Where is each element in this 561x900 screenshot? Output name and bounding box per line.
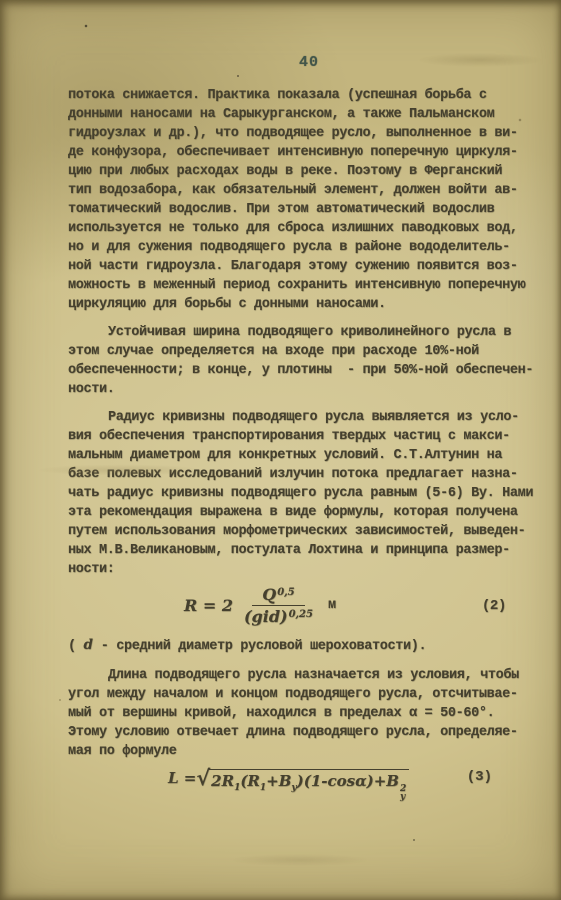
text-line: тип водозабора, как обязательный элемент…: [68, 181, 520, 200]
sub-sup-stack: 2y: [400, 785, 406, 801]
page-number: 40: [299, 54, 319, 71]
text-line: гидроузлах и др.), что подводящее русло,…: [68, 124, 520, 143]
variable-d: d: [84, 637, 93, 653]
text-line: де конфузора, обеспечивает интенсивную п…: [68, 143, 520, 162]
paragraph-4: Длина подводящего русла назначается из у…: [68, 666, 520, 761]
text-line: вия обеспечения транспортирования тверды…: [68, 427, 520, 446]
text-line: эта рекомендация выражена в виде формулы…: [68, 503, 520, 522]
text-line: ных М.В.Великановым, постулата Лохтина и…: [68, 541, 520, 560]
formula-lhs: R = 2: [184, 596, 233, 615]
paragraph-1: потока снижается. Практика показала (усп…: [68, 86, 520, 314]
fraction: Q0,5 (gid)0,25: [240, 585, 317, 626]
text-line: Устойчивая ширина подводящего криволиней…: [68, 323, 520, 342]
text-line: Радиус кривизны подводящего русла выявля…: [68, 408, 520, 427]
text-line: ности.: [68, 380, 520, 399]
text-line: используется не только для сброса излишн…: [68, 219, 520, 238]
equation-number-3: (3): [467, 769, 492, 785]
text-line: цию при любых расходах воды в реке. Поэт…: [68, 162, 520, 181]
equation-number-2: (2): [482, 598, 506, 614]
fraction-denominator: (gid)0,25: [240, 606, 317, 626]
radicand: 2R1(R1+By)(1-cosα)+B2y: [208, 769, 409, 801]
text-line: обеспеченности; в конце, у плотины - при…: [68, 361, 520, 380]
text-line: мальным диаметром для конкретных условий…: [68, 446, 520, 465]
formula-lhs: L =: [168, 769, 196, 787]
paragraph-3: Радиус кривизны подводящего русла выявля…: [68, 408, 520, 579]
formula-channel-length: L = √2R1(R1+By)(1-cosα)+B2y (3): [68, 769, 520, 801]
formula-radius-of-curvature: R = 2 Q0,5 (gid)0,25 м (2): [68, 585, 520, 626]
page-text: потока снижается. Практика показала (усп…: [68, 86, 520, 801]
text-line: ности:: [68, 560, 520, 579]
text-line: потока снижается. Практика показала (усп…: [68, 86, 520, 105]
formula-note: ( d - средний диаметр русловой шероховат…: [68, 636, 520, 656]
text-line: базе полевых исследований излучин потока…: [68, 465, 520, 484]
text-line: донными наносами на Сарыкурганском, а та…: [68, 105, 520, 124]
text-line: но и для сужения подводящего русла в рай…: [68, 238, 520, 257]
text-line: можность в меженный период сохранить инт…: [68, 276, 520, 295]
text-line: путем использования морфометрических зав…: [68, 522, 520, 541]
scanned-document-page: 40 потока снижается. Практика показала (…: [0, 0, 561, 900]
text-line: ной части гидроузла. Благодаря этому суж…: [68, 257, 520, 276]
text-line: чать радиус кривизны подводящего русла р…: [68, 484, 520, 503]
text-line: томатический водослив. При этом автомати…: [68, 200, 520, 219]
text-line: угол между началом и концом подводящего …: [68, 685, 520, 704]
text-line: мый от вершины кривой, находился в преде…: [68, 704, 520, 723]
text-line: Этому условию отвечает длина подводящего…: [68, 723, 520, 742]
text-line: циркуляцию для борьбы с донными наносами…: [68, 295, 520, 314]
paragraph-2: Устойчивая ширина подводящего криволиней…: [68, 323, 520, 399]
text-line: Длина подводящего русла назначается из у…: [68, 666, 520, 685]
text-line: этом случае определяется на входе при ра…: [68, 342, 520, 361]
formula-unit: м: [328, 598, 336, 613]
fraction-numerator: Q0,5: [252, 585, 304, 606]
text-line: мая по формуле: [68, 742, 520, 761]
